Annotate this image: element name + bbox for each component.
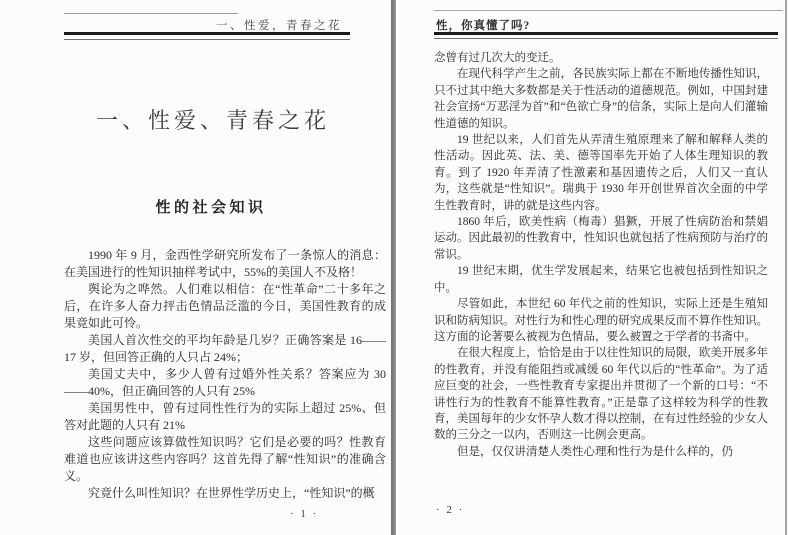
right-header-overline: [434, 10, 783, 11]
paragraph: 舆论为之哗然。人们难以相信：在“性革命”二十多年之后，在许多人奋力抨击色情品泛滥…: [64, 281, 386, 332]
paragraph: 1990 年 9 月，金西性学研究所发布了一条惊人的消息：在美国进行的性知识抽样…: [64, 247, 386, 281]
right-running-head: 性，你真懂了吗?: [436, 17, 530, 33]
paragraph: 念曾有过几次大的变迁。: [434, 50, 768, 66]
left-running-head: 一、性爱，青春之花: [216, 17, 342, 33]
right-header-rule: [434, 32, 778, 39]
paragraph: 19 世纪以来，人们首先从弄清生殖原理来了解和解释人类的性活动。因此英、法、美、…: [434, 132, 768, 214]
left-page: 一、性爱，青春之花 一、性爱、青春之花 性的社会知识 1990 年 9 月，金西…: [64, 14, 386, 526]
left-page-number: · 1 ·: [290, 508, 318, 520]
right-page-number: · 2 ·: [436, 504, 464, 516]
section-title: 性的社会知识: [64, 196, 386, 217]
paragraph: 究竟什么叫性知识？在世界性学历史上，“性知识”的概: [64, 485, 386, 502]
right-page: 性，你真懂了吗? 念曾有过几次大的变迁。在现代科学产生之前，各民族实际上都在不断…: [434, 10, 768, 530]
paragraph: 美国丈夫中，多少人曾有过婚外性关系？答案应为 30——40%，但正确回答的人只有…: [64, 366, 386, 400]
paragraph: 尽管如此，本世纪 60 年代之前的性知识，实际上还是生殖知识和防病知识。对性行为…: [434, 296, 768, 345]
right-page-body: 念曾有过几次大的变迁。在现代科学产生之前，各民族实际上都在不断地传播性知识，只不…: [434, 50, 768, 460]
paragraph: 美国男性中，曾有过同性性行为的实际上超过 25%、但答对此题的人只有 21%: [64, 400, 386, 434]
page-edge-line: [785, 0, 787, 535]
paragraph: 美国人首次性交的平均年龄是几岁？正确答案是 16——17 岁，但回答正确的人只占…: [64, 332, 386, 366]
left-header-rule: [64, 32, 350, 40]
left-header-overline: [64, 13, 238, 14]
rule-thick-line: [64, 32, 350, 35]
paragraph: 但是，仅仅讲清楚人类性心理和性行为是什么样的，仍: [434, 444, 768, 460]
paragraph: 这些问题应该算做性知识吗？它们是必要的吗？性教育难道也应该讲这些内容吗？这首先得…: [64, 434, 386, 485]
paragraph: 在很大程度上，恰恰是由于以往性知识的局限，欧美开展多年的性教育，并没有能阻挡或减…: [434, 345, 768, 443]
paragraph: 1860 年后，欧美性病（梅毒）猖獗，开展了性病防治和禁娼运动。因此最初的性教育…: [434, 214, 768, 263]
book-gutter-shadow: [391, 0, 396, 535]
chapter-title: 一、性爱、青春之花: [64, 104, 386, 135]
left-page-body: 1990 年 9 月，金西性学研究所发布了一条惊人的消息：在美国进行的性知识抽样…: [64, 247, 386, 502]
rule-thick-line: [434, 32, 778, 35]
rule-thin-line: [64, 39, 350, 40]
paragraph: 19 世纪末期，优生学发展起来，结果它也被包括到性知识之中。: [434, 263, 768, 296]
paragraph: 在现代科学产生之前，各民族实际上都在不断地传播性知识，只不过其中绝大多数都是关于…: [434, 66, 768, 132]
rule-thin-line: [434, 38, 778, 39]
